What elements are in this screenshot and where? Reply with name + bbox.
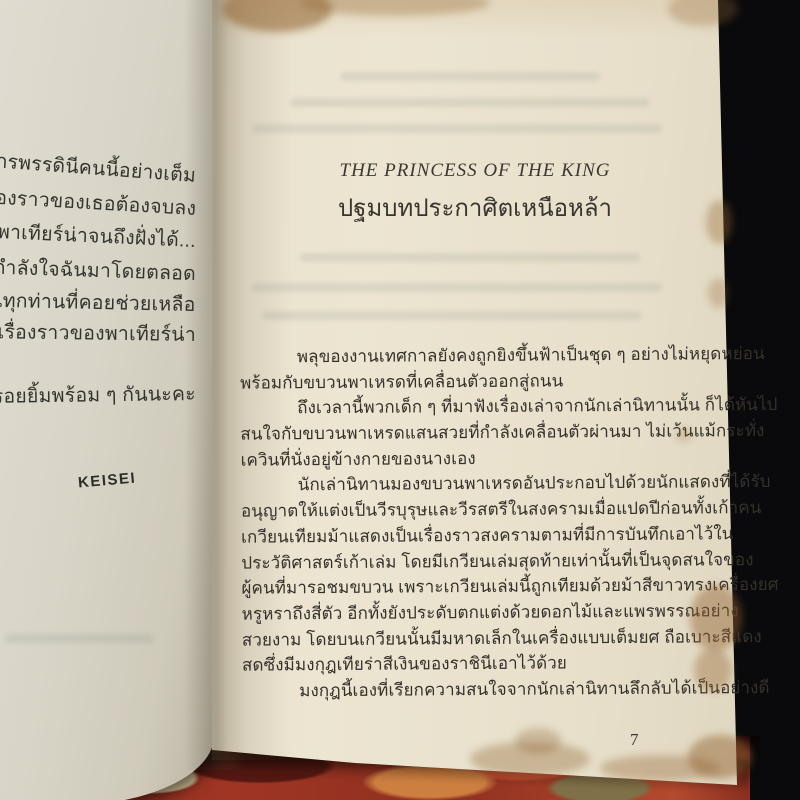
chapter-title-english: THE PRINCESS OF THE KING (240, 160, 710, 182)
paragraph-line: สวยงาม โดยบนเกวียนนั้นมีมหาดเล็กในเครื่อ… (242, 623, 712, 652)
paragraph-line: พร้อมกับขบวนพาเหรดที่เคลื่อนตัวออกสู่ถนน (240, 366, 710, 395)
paragraph-line: ประวัติศาสตร์เก้าเล่ม โดยมีเกวียนเล่มสุด… (241, 546, 711, 575)
left-page-line: นี้ ขอบคุณทุกท่านที่คอยช่วยเหลือ (0, 283, 196, 320)
ghost-text-line (252, 283, 662, 292)
paragraph-line: ผู้คนที่มารอชมขบวน เพราะเกวียนเล่มนี้ถูก… (241, 572, 711, 601)
paragraph-line: เกวียนเทียมม้าแสดงเป็นเรื่องราวสงครามตาม… (241, 520, 711, 549)
chapter-title-thai: ปฐมบทประกาศิตเหนือหล้า (240, 188, 710, 227)
stain (600, 755, 720, 781)
ghost-text-line (300, 253, 640, 262)
book-photo: { "left_page": { "lines": [ "เพื่อจอมจัก… (0, 0, 800, 800)
stain (708, 278, 728, 308)
stain (676, 428, 692, 442)
right-page-body-text: พลุของงานเทศกาลยังคงถูกยิงขึ้นฟ้าเป็นชุด… (240, 340, 712, 703)
paragraph-line: อนุญาตให้แต่งเป็นวีรบุรุษและวีรสตรีในสงค… (241, 494, 711, 523)
ghost-text-line (4, 634, 154, 643)
left-page-line: านที่ติดตามเรื่องราวของพาเทียร์น่า (0, 315, 196, 350)
ghost-text-line (290, 98, 650, 107)
paragraph-line: เควินที่นั่งอยู่ข้างกายของนางเอง (240, 443, 710, 472)
paragraph-line: ถึงเวลานี้พวกเด็ก ๆ ที่มาฟังเรื่องเล่าจา… (240, 392, 710, 421)
paragraph-line: สดซึ่งมีมงกุฎเทียร่าสีเงินของราชินีเอาไว… (242, 649, 712, 678)
left-book-page: เพื่อจอมจักรพรรดินีคนนี้อย่างเต็ม องราวข… (0, 0, 214, 800)
ghost-text-line (340, 72, 600, 81)
ghost-text-line (252, 124, 662, 133)
paragraph-line: มงกุฎนี้เองที่เรียกความสนใจจากนักเล่านิท… (242, 674, 712, 703)
stain (690, 585, 742, 651)
paragraph-line: สนใจกับขบวนพาเหรดแสนสวยที่กำลังเคลื่อนตั… (240, 417, 710, 446)
paragraph-line: พลุของงานเทศกาลยังคงถูกยิงขึ้นฟ้าเป็นชุด… (240, 340, 710, 369)
book-gutter-shadow (184, 0, 246, 770)
left-page-line: ที่คอยให้กำลังใจฉันมาโดยตลอด (0, 249, 196, 289)
author-name: KEISEI (77, 469, 136, 491)
ghost-text-line (262, 311, 642, 320)
left-page-line: งเพื่อนด้วยรอยยิ้มพร้อม ๆ กันนะคะ (0, 378, 196, 413)
left-page-text-block: เพื่อจอมจักรพรรดินีคนนี้อย่างเต็ม องราวข… (0, 0, 206, 794)
paragraph-line: หรูหราถึงสี่ตัว อีกทั้งยังประดับตกแต่งด้… (242, 597, 712, 626)
paragraph-line: นักเล่านิทานมองขบวนพาเหรดอันประกอบไปด้วย… (241, 469, 711, 498)
stain (694, 648, 732, 692)
stain (515, 728, 561, 754)
page-number: 7 (630, 730, 639, 750)
stain (706, 200, 732, 244)
